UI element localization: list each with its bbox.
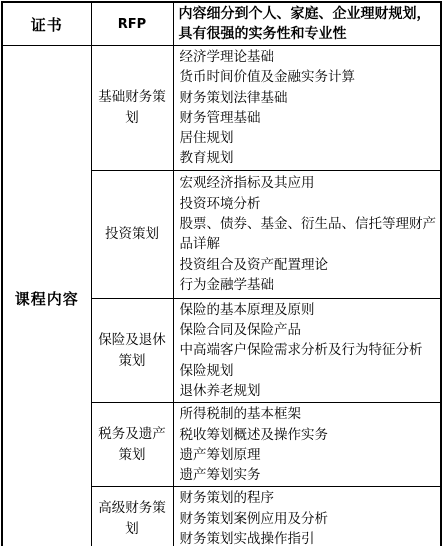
course-item: 股票、债券、基金、衍生品、信托等理财产品详解: [180, 214, 439, 255]
course-item: 遗产筹划实务: [180, 465, 439, 485]
course-item: 财务管理基础: [180, 108, 439, 128]
category-cell-insurance-retirement-planning: 保险及退休策划: [91, 298, 173, 402]
items-cell-tax-estate-planning: 所得税制的基本框架 税收筹划概述及操作实务 遗产筹划原理 遗产筹划实务: [173, 403, 441, 487]
course-item: 投资组合及资产配置理论: [180, 255, 439, 275]
items-cell-basic-planning: 经济学理论基础 货币时间价值及金融实务计算 财务策划法律基础 财务管理基础 居住…: [173, 46, 441, 171]
course-item: 财务策划案例应用及分析: [180, 509, 439, 529]
course-item: 财务策划的程序: [180, 488, 439, 508]
course-item: 保险规划: [180, 361, 439, 381]
course-item: 宏观经济指标及其应用: [180, 173, 439, 193]
description-header-cell: 内容细分到个人、家庭、企业理财规划，具有很强的实务性和专业性: [173, 2, 441, 46]
items-cell-insurance-retirement-planning: 保险的基本原理及原则 保险合同及保险产品 中高端客户保险需求分析及行为特征分析 …: [173, 298, 441, 402]
course-item: 教育规划: [180, 148, 439, 168]
category-cell-tax-estate-planning: 税务及遗产策划: [91, 403, 173, 487]
items-cell-investment-planning: 宏观经济指标及其应用 投资环境分析 股票、债券、基金、衍生品、信托等理财产品详解…: [173, 170, 441, 298]
table-row: 课程内容 基础财务策划 经济学理论基础 货币时间价值及金融实务计算 财务策划法律…: [2, 46, 441, 171]
rfp-header-cell: RFP: [91, 2, 173, 46]
course-item: 行为金融学基础: [180, 275, 439, 295]
header-row: 证书 RFP 内容细分到个人、家庭、企业理财规划，具有很强的实务性和专业性: [2, 2, 441, 46]
course-item: 中高端客户保险需求分析及行为特征分析: [180, 340, 439, 360]
course-content-label-cell: 课程内容: [2, 46, 91, 546]
course-item: 货币时间价值及金融实务计算: [180, 67, 439, 87]
course-item: 税收筹划概述及操作实务: [180, 425, 439, 445]
course-item: 财务策划实战操作指引: [180, 529, 439, 546]
course-item: 所得税制的基本框架: [180, 404, 439, 424]
certificate-header-cell: 证书: [2, 2, 91, 46]
course-item: 财务策划法律基础: [180, 88, 439, 108]
course-item: 遗产筹划原理: [180, 445, 439, 465]
course-item: 保险的基本原理及原则: [180, 300, 439, 320]
course-content-table: 证书 RFP 内容细分到个人、家庭、企业理财规划，具有很强的实务性和专业性 课程…: [1, 1, 442, 546]
course-item: 退休养老规划: [180, 381, 439, 401]
category-cell-investment-planning: 投资策划: [91, 170, 173, 298]
items-cell-advanced-financial-planning: 财务策划的程序 财务策划案例应用及分析 财务策划实战操作指引: [173, 487, 441, 546]
course-item: 保险合同及保险产品: [180, 320, 439, 340]
course-item: 投资环境分析: [180, 194, 439, 214]
category-cell-advanced-financial-planning: 高级财务策划: [91, 487, 173, 546]
category-cell-basic-planning: 基础财务策划: [91, 46, 173, 171]
course-item: 居住规划: [180, 128, 439, 148]
course-item: 经济学理论基础: [180, 47, 439, 67]
